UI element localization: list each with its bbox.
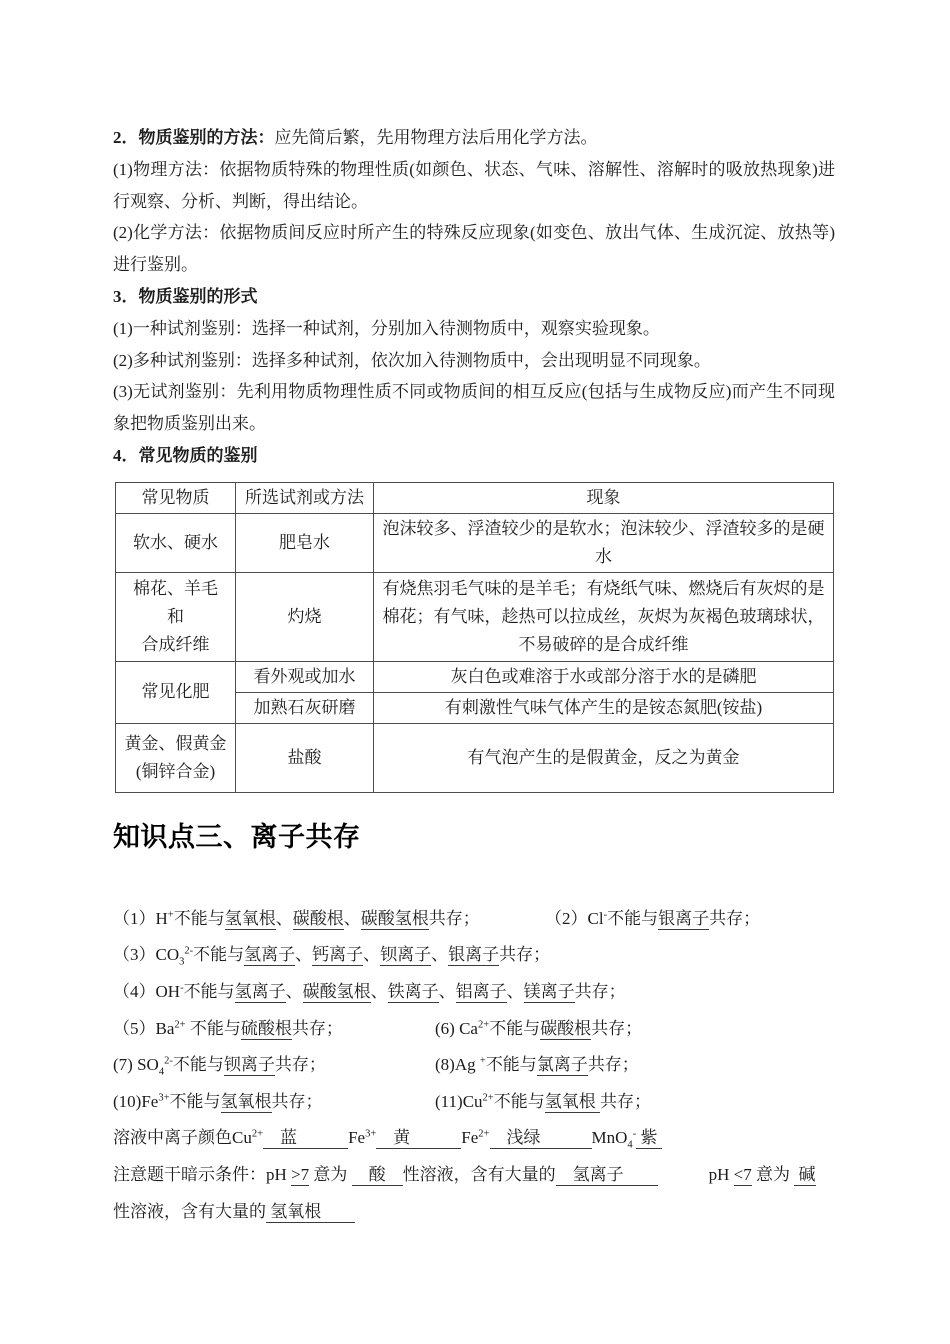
table-row: 软水、硬水 肥皂水 泡沫较多、浮渣较少的是软水；泡沫较少、浮渣较多的是硬水 (116, 513, 834, 572)
table-row: 棉花、羊毛 和 合成纤维 灼烧 有烧焦羽毛气味的是羊毛；有烧纸气味、燃烧后有灰烬… (116, 572, 834, 661)
ion-rule-line: （3）CO32-不能与氢离子、钙离子、钡离子、银离子共存； (113, 937, 835, 974)
ion-rule-11: (11)Cu2+不能与氢氧根 共存； (435, 1092, 651, 1111)
cell-substance: 棉花、羊毛 和 合成纤维 (116, 572, 236, 661)
cell-substance: 常见化肥 (116, 661, 236, 723)
cell-reagent: 看外观或加水 (236, 661, 374, 692)
ion-rule-line: （5）Ba2+ 不能与硫酸根共存；(6) Ca2+不能与碳酸根共存； (113, 1011, 835, 1048)
identification-table: 常见物质 所选试剂或方法 现象 软水、硬水 肥皂水 泡沫较多、浮渣较少的是软水；… (115, 482, 834, 793)
methods-lead-rest: 应先简后繁，先用物理方法后用化学方法。 (275, 128, 598, 147)
paragraph-physical-method: (1)物理方法：依据物质特殊的物理性质(如颜色、状态、气味、溶解性、溶解时的吸放… (113, 154, 835, 218)
cell-phenomenon: 有气泡产生的是假黄金，反之为黄金 (374, 723, 834, 792)
table-header-row: 常见物质 所选试剂或方法 现象 (116, 482, 834, 513)
ion-rule-8: (8)Ag +不能与氯离子共存； (435, 1055, 639, 1074)
ion-color-line: 溶液中离子颜色Cu2+ 蓝 Fe3+ 黄 Fe2+ 浅绿 MnO4- 紫 (113, 1120, 835, 1157)
cell-reagent: 盐酸 (236, 723, 374, 792)
ion-rule-10: (10)Fe3+不能与氢氧根共存； (113, 1084, 435, 1121)
header-reagent: 所选试剂或方法 (236, 482, 374, 513)
ion-rule-1: （1）H+不能与氢氧根、碳酸根、碳酸氢根共存； (113, 901, 545, 938)
cell-reagent: 加熟石灰研磨 (236, 692, 374, 723)
document-page: 2．物质鉴别的方法：应先简后繁，先用物理方法后用化学方法。 (1)物理方法：依据… (0, 0, 950, 1230)
paragraph-methods-lead: 2．物质鉴别的方法：应先简后繁，先用物理方法后用化学方法。 (113, 122, 835, 154)
header-substance: 常见物质 (116, 482, 236, 513)
heading-common-substances: 4．常见物质的鉴别 (113, 440, 835, 472)
paragraph-chemical-method: (2)化学方法：依据物质间反应时所产生的特殊反应现象(如变色、放出气体、生成沉淀… (113, 217, 835, 281)
ion-coexistence-list: （1）H+不能与氢氧根、碳酸根、碳酸氢根共存；（2）Cl-不能与银离子共存； （… (113, 901, 835, 1230)
ion-rule-line: （4）OH-不能与氢离子、碳酸氢根、铁离子、铝离子、镁离子共存； (113, 974, 835, 1011)
paragraph-multi-reagent: (2)多种试剂鉴别：选择多种试剂，依次加入待测物质中，会出现明显不同现象。 (113, 345, 835, 377)
cell-substance: 黄金、假黄金(铜锌合金) (116, 723, 236, 792)
paragraph-one-reagent: (1)一种试剂鉴别：选择一种试剂，分别加入待测物质中，观察实验现象。 (113, 313, 835, 345)
header-phenomenon: 现象 (374, 482, 834, 513)
cell-phenomenon: 有刺激性气味气体产生的是铵态氮肥(铵盐) (374, 692, 834, 723)
cell-phenomenon: 泡沫较多、浮渣较少的是软水；泡沫较少、浮渣较多的是硬水 (374, 513, 834, 572)
cell-phenomenon: 有烧焦羽毛气味的是羊毛；有烧纸气味、燃烧后有灰烬的是棉花；有气味，趁热可以拉成丝… (374, 572, 834, 661)
table-row: 黄金、假黄金(铜锌合金) 盐酸 有气泡产生的是假黄金，反之为黄金 (116, 723, 834, 792)
ph-hint-line-continued: 性溶液，含有大量的 氢氧根 (113, 1194, 835, 1231)
ion-rule-line: (7) SO42-不能与钡离子共存；(8)Ag +不能与氯离子共存； (113, 1047, 835, 1084)
ion-rule-7: (7) SO42-不能与钡离子共存； (113, 1047, 435, 1084)
heading-identification-forms: 3．物质鉴别的形式 (113, 281, 835, 313)
cell-phenomenon: 灰白色或难溶于水或部分溶于水的是磷肥 (374, 661, 834, 692)
ion-rule-3: （3）CO32-不能与氢离子、钙离子、钡离子、银离子共存； (113, 945, 550, 964)
ion-rule-4: （4）OH-不能与氢离子、碳酸氢根、铁离子、铝离子、镁离子共存； (113, 982, 626, 1001)
ion-rule-5: （5）Ba2+ 不能与硫酸根共存； (113, 1011, 435, 1048)
cell-substance: 软水、硬水 (116, 513, 236, 572)
section-heading-ion-coexistence: 知识点三、离子共存 (113, 817, 835, 857)
paragraph-no-reagent: (3)无试剂鉴别：先利用物质物理性质不同或物质间的相互反应(包括与生成物反应)而… (113, 376, 835, 440)
cell-reagent: 肥皂水 (236, 513, 374, 572)
table-row: 常见化肥 看外观或加水 灰白色或难溶于水或部分溶于水的是磷肥 (116, 661, 834, 692)
methods-lead-bold: 2．物质鉴别的方法： (113, 128, 275, 147)
ion-rule-line: （1）H+不能与氢氧根、碳酸根、碳酸氢根共存；（2）Cl-不能与银离子共存； (113, 901, 835, 938)
ion-rule-2: （2）Cl-不能与银离子共存； (545, 909, 760, 928)
ion-rule-line: (10)Fe3+不能与氢氧根共存；(11)Cu2+不能与氢氧根 共存； (113, 1084, 835, 1121)
cell-reagent: 灼烧 (236, 572, 374, 661)
ion-rule-6: (6) Ca2+不能与碳酸根共存； (435, 1019, 642, 1038)
ph-hint-line: 注意题干暗示条件：pH >7 意为 酸 性溶液，含有大量的 氢离子 pH <7 … (113, 1157, 835, 1194)
